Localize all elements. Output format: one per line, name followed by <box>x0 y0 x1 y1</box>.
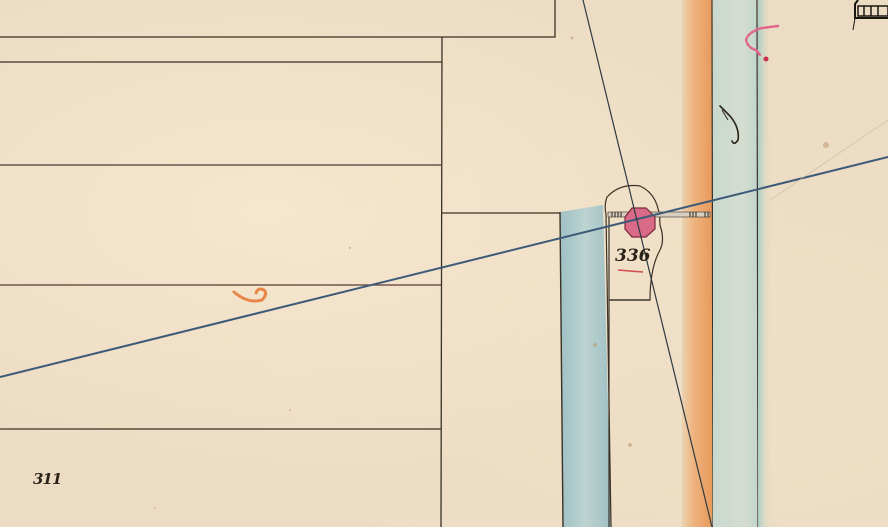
water-channel-left <box>560 205 611 527</box>
structure-corner <box>853 0 888 30</box>
parcel-number-336: 336 <box>615 246 651 266</box>
cadastral-map: 311 336 <box>0 0 888 527</box>
orange-hook-mark <box>234 289 266 301</box>
parcel-lines <box>0 0 560 527</box>
road-strip <box>682 0 713 527</box>
parcel-number-311: 311 <box>33 470 61 488</box>
water-channel-right <box>713 0 772 527</box>
map-drawing <box>0 0 888 527</box>
